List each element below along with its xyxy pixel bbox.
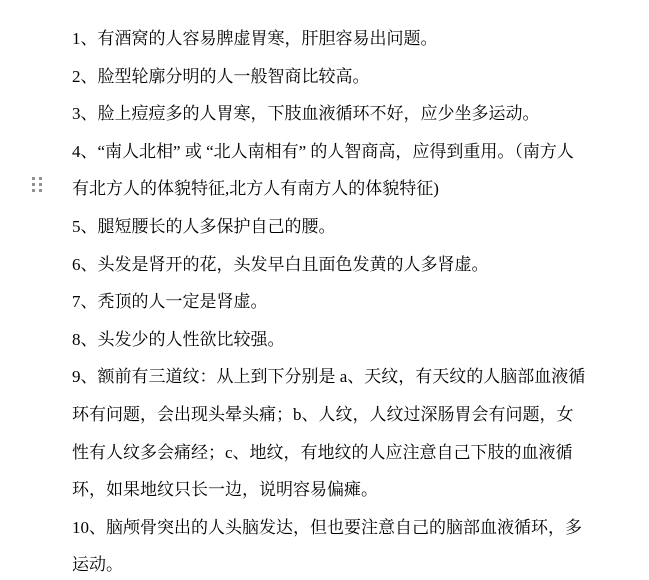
- paragraph-10: 10、脑颅骨突出的人头脑发达，但也要注意自己的脑部血液循环，多运动。: [72, 509, 586, 580]
- paragraph-2: 2、脸型轮廓分明的人一般智商比较高。: [72, 58, 586, 96]
- paragraph-5: 5、腿短腰长的人多保护自己的腰。: [72, 208, 586, 246]
- drag-handle-icon[interactable]: [32, 177, 42, 192]
- paragraph-8: 8、头发少的人性欲比较强。: [72, 321, 586, 359]
- paragraph-9: 9、额前有三道纹：从上到下分别是 a、天纹，有天纹的人脑部血液循环有问题，会出现…: [72, 358, 586, 508]
- paragraph-3: 3、脸上痘痘多的人胃寒，下肢血液循环不好，应少坐多运动。: [72, 95, 586, 133]
- paragraph-6: 6、头发是肾开的花，头发早白且面色发黄的人多肾虚。: [72, 246, 586, 284]
- paragraph-4: 4、“南人北相” 或 “北人南相有” 的人智商高，应得到重用。（南方人有北方人的…: [72, 133, 586, 208]
- paragraph-1: 1、有酒窝的人容易脾虚胃寒，肝胆容易出问题。: [72, 20, 586, 58]
- paragraph-7: 7、秃顶的人一定是肾虚。: [72, 283, 586, 321]
- document-body: 1、有酒窝的人容易脾虚胃寒，肝胆容易出问题。 2、脸型轮廓分明的人一般智商比较高…: [72, 20, 586, 580]
- document-page: 1、有酒窝的人容易脾虚胃寒，肝胆容易出问题。 2、脸型轮廓分明的人一般智商比较高…: [0, 0, 649, 580]
